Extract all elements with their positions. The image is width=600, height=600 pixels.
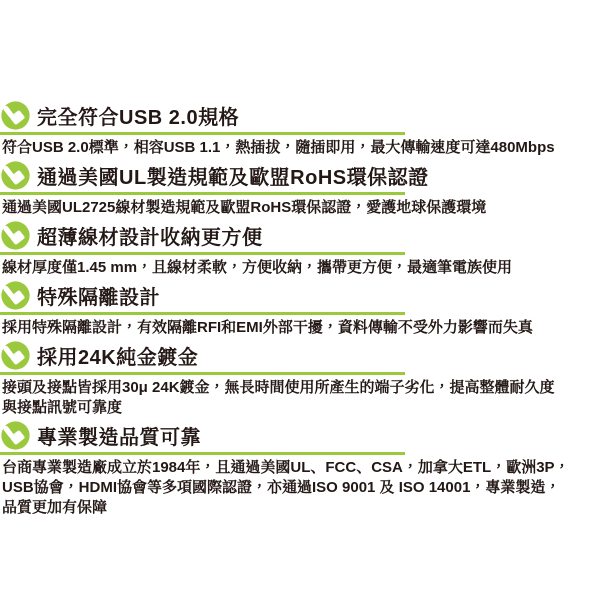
body-line: 台商專業製造廠成立於1984年，且通過美國UL、FCC、CSA，加拿大ETL，歐… [2,458,600,478]
section-title: 特殊隔離設計 [37,281,160,310]
section-title: 專業製造品質可靠 [37,421,201,450]
section-title: 超薄線材設計收納更方便 [37,221,263,250]
section-title: 完全符合USB 2.0規格 [37,101,239,130]
title-underline [0,452,405,455]
feature-section: 超薄線材設計收納更方便 線材厚度僅1.45 mm，且線材柔軟，方便收納，攜帶更方… [0,220,600,278]
section-body: 採用特殊隔離設計，有效隔離RFI和EMI外部干擾，資料傳輸不受外力影響而失真 [0,318,600,338]
thumbs-up-icon [0,220,31,251]
section-body: 通過美國UL2725線材製造規範及歐盟RoHS環保認證，愛護地球保護環境 [0,198,600,218]
body-line: 通過美國UL2725線材製造規範及歐盟RoHS環保認證，愛護地球保護環境 [2,198,600,218]
section-title: 通過美國UL製造規範及歐盟RoHS環保認證 [37,161,429,190]
body-line: 與接點訊號可靠度 [2,398,600,418]
feature-section: 專業製造品質可靠 台商專業製造廠成立於1984年，且通過美國UL、FCC、CSA… [0,420,600,518]
title-underline [0,372,405,375]
body-line: 採用特殊隔離設計，有效隔離RFI和EMI外部干擾，資料傳輸不受外力影響而失真 [2,318,600,338]
title-underline [0,132,405,135]
body-line: 接頭及接點皆採用30μ 24K鍍金，無長時間使用所產生的端子劣化，提高整體耐久度 [2,378,600,398]
feature-section: 採用24K純金鍍金 接頭及接點皆採用30μ 24K鍍金，無長時間使用所產生的端子… [0,340,600,418]
section-body: 台商專業製造廠成立於1984年，且通過美國UL、FCC、CSA，加拿大ETL，歐… [0,458,600,518]
feature-section: 特殊隔離設計 採用特殊隔離設計，有效隔離RFI和EMI外部干擾，資料傳輸不受外力… [0,280,600,338]
body-line: 品質更加有保障 [2,498,600,518]
thumbs-up-icon [0,420,31,451]
title-underline [0,192,405,195]
section-body: 線材厚度僅1.45 mm，且線材柔軟，方便收納，攜帶更方便，最適筆電族使用 [0,258,600,278]
body-line: 線材厚度僅1.45 mm，且線材柔軟，方便收納，攜帶更方便，最適筆電族使用 [2,258,600,278]
title-underline [0,252,405,255]
thumbs-up-icon [0,160,31,191]
thumbs-up-icon [0,280,31,311]
thumbs-up-icon [0,100,31,131]
section-body: 符合USB 2.0標準，相容USB 1.1，熱插拔，隨插即用，最大傳輸速度可達4… [0,138,600,158]
thumbs-up-icon [0,340,31,371]
feature-section: 通過美國UL製造規範及歐盟RoHS環保認證 通過美國UL2725線材製造規範及歐… [0,160,600,218]
title-underline [0,312,405,315]
section-body: 接頭及接點皆採用30μ 24K鍍金，無長時間使用所產生的端子劣化，提高整體耐久度… [0,378,600,418]
body-line: 符合USB 2.0標準，相容USB 1.1，熱插拔，隨插即用，最大傳輸速度可達4… [2,138,600,158]
feature-section: 完全符合USB 2.0規格 符合USB 2.0標準，相容USB 1.1，熱插拔，… [0,100,600,158]
body-line: USB協會，HDMI協會等多項國際認證，亦通過ISO 9001 及 ISO 14… [2,478,600,498]
feature-infographic: 完全符合USB 2.0規格 符合USB 2.0標準，相容USB 1.1，熱插拔，… [0,0,600,600]
section-title: 採用24K純金鍍金 [37,341,198,370]
